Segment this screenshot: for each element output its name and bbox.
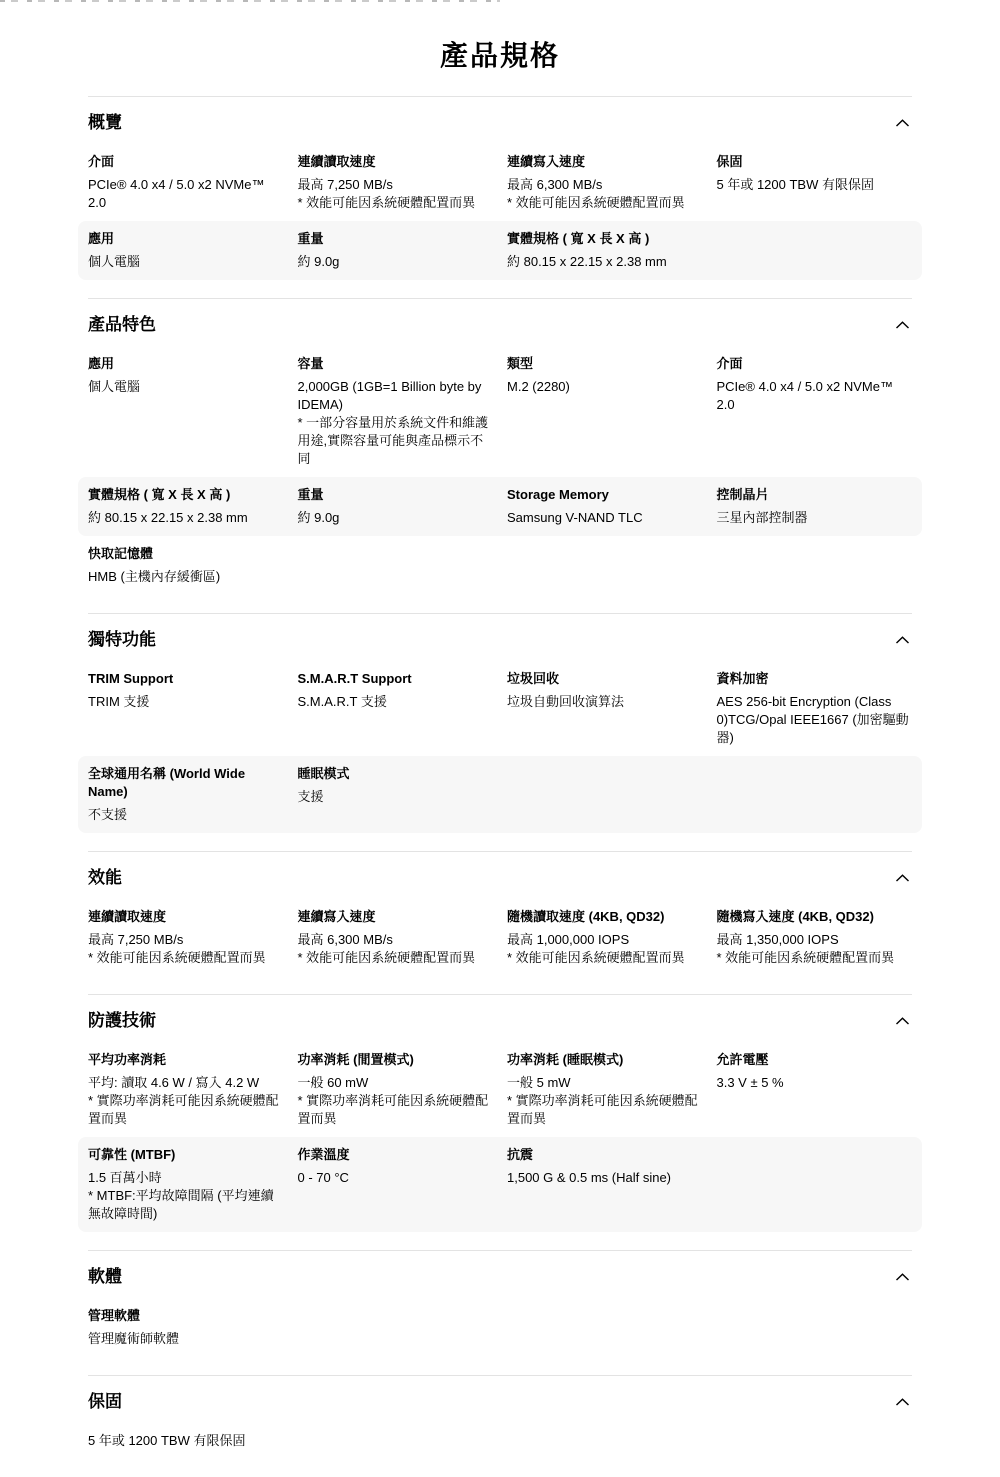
spec-label: 垃圾回收 <box>507 670 703 688</box>
spec-value-line: HMB (主機內存緩衝區) <box>88 568 284 586</box>
spec-cell: 資料加密AES 256-bit Encryption (Class 0)TCG/… <box>717 670 913 747</box>
spec-row: 管理軟體管理魔術師軟體 <box>78 1298 922 1357</box>
spec-cell: 重量約 9.0g <box>298 486 494 527</box>
spec-cell: 保固5 年或 1200 TBW 有限保固 <box>717 153 913 212</box>
chevron-up-icon <box>895 1398 910 1406</box>
collapse-section-button[interactable] <box>893 868 912 888</box>
section-header: 產品特色 <box>88 312 912 338</box>
spec-label: 連續讀取速度 <box>298 153 494 171</box>
spec-value-line: 2,000GB (1GB=1 Billion byte by IDEMA) <box>298 378 494 414</box>
chevron-up-icon <box>895 636 910 644</box>
spec-value-line: * 效能可能因系統硬體配置而異 <box>298 194 494 212</box>
spec-cell: 管理軟體管理魔術師軟體 <box>88 1307 284 1348</box>
spec-value-line: PCIe® 4.0 x4 / 5.0 x2 NVMe™ 2.0 <box>88 176 284 212</box>
spec-label: 連續寫入速度 <box>507 153 703 171</box>
spec-cell: 垃圾回收垃圾自動回收演算法 <box>507 670 703 747</box>
spec-value-line: 平均: 讀取 4.6 W / 寫入 4.2 W <box>88 1074 284 1092</box>
spec-value-line: 一般 60 mW <box>298 1074 494 1092</box>
section-header: 概覽 <box>88 110 912 136</box>
spec-row: 快取記憶體HMB (主機內存緩衝區) <box>78 536 922 595</box>
spec-value-line: 不支援 <box>88 806 284 824</box>
spec-value-line: S.M.A.R.T 支援 <box>298 693 494 711</box>
spec-value-line: * 效能可能因系統硬體配置而異 <box>507 949 703 967</box>
spec-cell: 隨機寫入速度 (4KB, QD32)最高 1,350,000 IOPS* 效能可… <box>717 908 913 967</box>
spec-label: 應用 <box>88 230 284 248</box>
spec-cell: 實體規格 ( 寬 X 長 X 高 )約 80.15 x 22.15 x 2.38… <box>507 230 703 271</box>
spec-value-line: 個人電腦 <box>88 253 284 271</box>
spec-row: 全球通用名稱 (World Wide Name)不支援睡眠模式支援 <box>78 756 922 833</box>
spec-label: 容量 <box>298 355 494 373</box>
spec-cell: Storage MemorySamsung V-NAND TLC <box>507 486 703 527</box>
spec-value-line: 支援 <box>298 788 494 806</box>
spec-row: 介面PCIe® 4.0 x4 / 5.0 x2 NVMe™ 2.0連續讀取速度最… <box>78 144 922 221</box>
spec-label: 睡眠模式 <box>298 765 494 783</box>
spec-cell: S.M.A.R.T SupportS.M.A.R.T 支援 <box>298 670 494 747</box>
spec-cell: 應用個人電腦 <box>88 355 284 468</box>
spec-value-line: Samsung V-NAND TLC <box>507 509 703 527</box>
spec-label: 全球通用名稱 (World Wide Name) <box>88 765 284 801</box>
spec-row: 應用個人電腦重量約 9.0g實體規格 ( 寬 X 長 X 高 )約 80.15 … <box>78 221 922 280</box>
section-overview: 概覽介面PCIe® 4.0 x4 / 5.0 x2 NVMe™ 2.0連續讀取速… <box>88 96 912 298</box>
collapse-section-button[interactable] <box>893 315 912 335</box>
sections-container: 概覽介面PCIe® 4.0 x4 / 5.0 x2 NVMe™ 2.0連續讀取速… <box>88 96 912 1477</box>
spec-cell: 功率消耗 (睡眠模式)一般 5 mW* 實際功率消耗可能因系統硬體配置而異 <box>507 1051 703 1128</box>
spec-cell: 重量約 9.0g <box>298 230 494 271</box>
spec-cell: 5 年或 1200 TBW 有限保固 <box>88 1432 284 1450</box>
spec-cell: 隨機讀取速度 (4KB, QD32)最高 1,000,000 IOPS* 效能可… <box>507 908 703 967</box>
spec-label: 重量 <box>298 486 494 504</box>
spec-row: 平均功率消耗平均: 讀取 4.6 W / 寫入 4.2 W* 實際功率消耗可能因… <box>78 1042 922 1137</box>
spec-value-line: 1.5 百萬小時 <box>88 1169 284 1187</box>
spec-label: 控制晶片 <box>717 486 913 504</box>
spec-label: 介面 <box>717 355 913 373</box>
section-title: 效能 <box>88 865 122 891</box>
spec-value-line: 約 9.0g <box>298 509 494 527</box>
spec-cell: 連續寫入速度最高 6,300 MB/s* 效能可能因系統硬體配置而異 <box>507 153 703 212</box>
spec-label: 重量 <box>298 230 494 248</box>
spec-value-line: * 效能可能因系統硬體配置而異 <box>507 194 703 212</box>
spec-value-line: 最高 7,250 MB/s <box>298 176 494 194</box>
spec-label: 功率消耗 (閒置模式) <box>298 1051 494 1069</box>
spec-value-line: * 效能可能因系統硬體配置而異 <box>88 949 284 967</box>
chevron-up-icon <box>895 321 910 329</box>
top-clipped-content-artifact <box>0 0 500 2</box>
collapse-section-button[interactable] <box>893 1392 912 1412</box>
spec-value-line: * MTBF:平均故障間隔 (平均連續無故障時間) <box>88 1187 284 1223</box>
spec-value-line: * 一部分容量用於系統文件和維護用途,實際容量可能與產品標示不同 <box>298 414 494 468</box>
spec-label: 可靠性 (MTBF) <box>88 1146 284 1164</box>
spec-label: 應用 <box>88 355 284 373</box>
spec-value-line: * 效能可能因系統硬體配置而異 <box>298 949 494 967</box>
spec-cell: 介面PCIe® 4.0 x4 / 5.0 x2 NVMe™ 2.0 <box>88 153 284 212</box>
spec-value-line: PCIe® 4.0 x4 / 5.0 x2 NVMe™ 2.0 <box>717 378 913 414</box>
collapse-section-button[interactable] <box>893 1011 912 1031</box>
spec-cell: 連續寫入速度最高 6,300 MB/s* 效能可能因系統硬體配置而異 <box>298 908 494 967</box>
page-title: 產品規格 <box>88 34 912 74</box>
spec-label: 平均功率消耗 <box>88 1051 284 1069</box>
spec-value-line: 約 9.0g <box>298 253 494 271</box>
spec-value-line: M.2 (2280) <box>507 378 703 396</box>
section-title: 防護技術 <box>88 1008 156 1034</box>
section-title: 獨特功能 <box>88 627 156 653</box>
spec-value-line: 0 - 70 °C <box>298 1169 494 1187</box>
spec-label: 管理軟體 <box>88 1307 284 1325</box>
spec-cell: 允許電壓3.3 V ± 5 % <box>717 1051 913 1128</box>
spec-label: 作業溫度 <box>298 1146 494 1164</box>
spec-value-line: 最高 1,000,000 IOPS <box>507 931 703 949</box>
spec-label: S.M.A.R.T Support <box>298 670 494 688</box>
spec-value-line: 一般 5 mW <box>507 1074 703 1092</box>
spec-row: 5 年或 1200 TBW 有限保固 <box>78 1423 922 1459</box>
collapse-section-button[interactable] <box>893 1267 912 1287</box>
section-features: 產品特色應用個人電腦容量2,000GB (1GB=1 Billion byte … <box>88 298 912 613</box>
spec-label: 快取記憶體 <box>88 545 284 563</box>
section-header: 保固 <box>88 1389 912 1415</box>
section-title: 保固 <box>88 1389 122 1415</box>
spec-value-line: * 實際功率消耗可能因系統硬體配置而異 <box>298 1092 494 1128</box>
spec-label: 連續讀取速度 <box>88 908 284 926</box>
spec-value-line: * 效能可能因系統硬體配置而異 <box>717 949 913 967</box>
spec-value-line: 1,500 G & 0.5 ms (Half sine) <box>507 1169 703 1187</box>
spec-cell: 連續讀取速度最高 7,250 MB/s* 效能可能因系統硬體配置而異 <box>88 908 284 967</box>
spec-label: 允許電壓 <box>717 1051 913 1069</box>
spec-row: 可靠性 (MTBF)1.5 百萬小時* MTBF:平均故障間隔 (平均連續無故障… <box>78 1137 922 1232</box>
spec-value-line: 5 年或 1200 TBW 有限保固 <box>88 1432 284 1450</box>
spec-row: TRIM SupportTRIM 支援S.M.A.R.T SupportS.M.… <box>78 661 922 756</box>
spec-label: 連續寫入速度 <box>298 908 494 926</box>
spec-value-line: 約 80.15 x 22.15 x 2.38 mm <box>507 253 703 271</box>
spec-label: 功率消耗 (睡眠模式) <box>507 1051 703 1069</box>
spec-cell: TRIM SupportTRIM 支援 <box>88 670 284 747</box>
collapse-section-button[interactable] <box>893 113 912 133</box>
spec-cell: 介面PCIe® 4.0 x4 / 5.0 x2 NVMe™ 2.0 <box>717 355 913 468</box>
section-title: 軟體 <box>88 1264 122 1290</box>
spec-value-line: * 實際功率消耗可能因系統硬體配置而異 <box>88 1092 284 1128</box>
spec-cell: 抗震1,500 G & 0.5 ms (Half sine) <box>507 1146 703 1223</box>
spec-label: TRIM Support <box>88 670 284 688</box>
spec-cell: 連續讀取速度最高 7,250 MB/s* 效能可能因系統硬體配置而異 <box>298 153 494 212</box>
spec-label: 介面 <box>88 153 284 171</box>
section-header: 軟體 <box>88 1264 912 1290</box>
spec-value-line: 管理魔術師軟體 <box>88 1330 284 1348</box>
spec-cell: 快取記憶體HMB (主機內存緩衝區) <box>88 545 284 586</box>
spec-value-line: 垃圾自動回收演算法 <box>507 693 703 711</box>
spec-label: 實體規格 ( 寬 X 長 X 高 ) <box>507 230 703 248</box>
spec-cell: 作業溫度0 - 70 °C <box>298 1146 494 1223</box>
spec-label: 資料加密 <box>717 670 913 688</box>
chevron-up-icon <box>895 1273 910 1281</box>
section-header: 效能 <box>88 865 912 891</box>
spec-value-line: 個人電腦 <box>88 378 284 396</box>
spec-cell: 功率消耗 (閒置模式)一般 60 mW* 實際功率消耗可能因系統硬體配置而異 <box>298 1051 494 1128</box>
spec-value-line: 3.3 V ± 5 % <box>717 1074 913 1092</box>
section-title: 產品特色 <box>88 312 156 338</box>
section-protection: 防護技術平均功率消耗平均: 讀取 4.6 W / 寫入 4.2 W* 實際功率消… <box>88 994 912 1250</box>
spec-value-line: 最高 6,300 MB/s <box>298 931 494 949</box>
spec-value-line: 最高 1,350,000 IOPS <box>717 931 913 949</box>
spec-label: 類型 <box>507 355 703 373</box>
chevron-up-icon <box>895 874 910 882</box>
spec-label: 隨機寫入速度 (4KB, QD32) <box>717 908 913 926</box>
section-title: 概覽 <box>88 110 122 136</box>
spec-label: Storage Memory <box>507 486 703 504</box>
spec-cell: 可靠性 (MTBF)1.5 百萬小時* MTBF:平均故障間隔 (平均連續無故障… <box>88 1146 284 1223</box>
section-performance: 效能連續讀取速度最高 7,250 MB/s* 效能可能因系統硬體配置而異連續寫入… <box>88 851 912 994</box>
chevron-up-icon <box>895 1017 910 1025</box>
spec-value-line: 最高 6,300 MB/s <box>507 176 703 194</box>
spec-value-line: 最高 7,250 MB/s <box>88 931 284 949</box>
spec-value-line: 5 年或 1200 TBW 有限保固 <box>717 176 913 194</box>
spec-value-line: TRIM 支援 <box>88 693 284 711</box>
spec-cell: 容量2,000GB (1GB=1 Billion byte by IDEMA)*… <box>298 355 494 468</box>
section-software: 軟體管理軟體管理魔術師軟體 <box>88 1250 912 1375</box>
section-header: 防護技術 <box>88 1008 912 1034</box>
spec-row: 連續讀取速度最高 7,250 MB/s* 效能可能因系統硬體配置而異連續寫入速度… <box>78 899 922 976</box>
spec-label: 隨機讀取速度 (4KB, QD32) <box>507 908 703 926</box>
collapse-section-button[interactable] <box>893 630 912 650</box>
spec-row: 應用個人電腦容量2,000GB (1GB=1 Billion byte by I… <box>78 346 922 477</box>
spec-cell: 實體規格 ( 寬 X 長 X 高 )約 80.15 x 22.15 x 2.38… <box>88 486 284 527</box>
spec-cell: 控制晶片三星內部控制器 <box>717 486 913 527</box>
spec-label: 抗震 <box>507 1146 703 1164</box>
spec-cell: 平均功率消耗平均: 讀取 4.6 W / 寫入 4.2 W* 實際功率消耗可能因… <box>88 1051 284 1128</box>
spec-label: 保固 <box>717 153 913 171</box>
section-unique-features: 獨特功能TRIM SupportTRIM 支援S.M.A.R.T Support… <box>88 613 912 851</box>
spec-label: 實體規格 ( 寬 X 長 X 高 ) <box>88 486 284 504</box>
section-warranty: 保固5 年或 1200 TBW 有限保固 <box>88 1375 912 1477</box>
spec-page: 產品規格 概覽介面PCIe® 4.0 x4 / 5.0 x2 NVMe™ 2.0… <box>88 0 912 1477</box>
spec-cell: 應用個人電腦 <box>88 230 284 271</box>
spec-row: 實體規格 ( 寬 X 長 X 高 )約 80.15 x 22.15 x 2.38… <box>78 477 922 536</box>
spec-cell: 睡眠模式支援 <box>298 765 494 824</box>
chevron-up-icon <box>895 119 910 127</box>
spec-cell: 全球通用名稱 (World Wide Name)不支援 <box>88 765 284 824</box>
spec-value-line: AES 256-bit Encryption (Class 0)TCG/Opal… <box>717 693 913 747</box>
section-header: 獨特功能 <box>88 627 912 653</box>
spec-value-line: 三星內部控制器 <box>717 509 913 527</box>
spec-value-line: * 實際功率消耗可能因系統硬體配置而異 <box>507 1092 703 1128</box>
spec-value-line: 約 80.15 x 22.15 x 2.38 mm <box>88 509 284 527</box>
spec-cell: 類型M.2 (2280) <box>507 355 703 468</box>
